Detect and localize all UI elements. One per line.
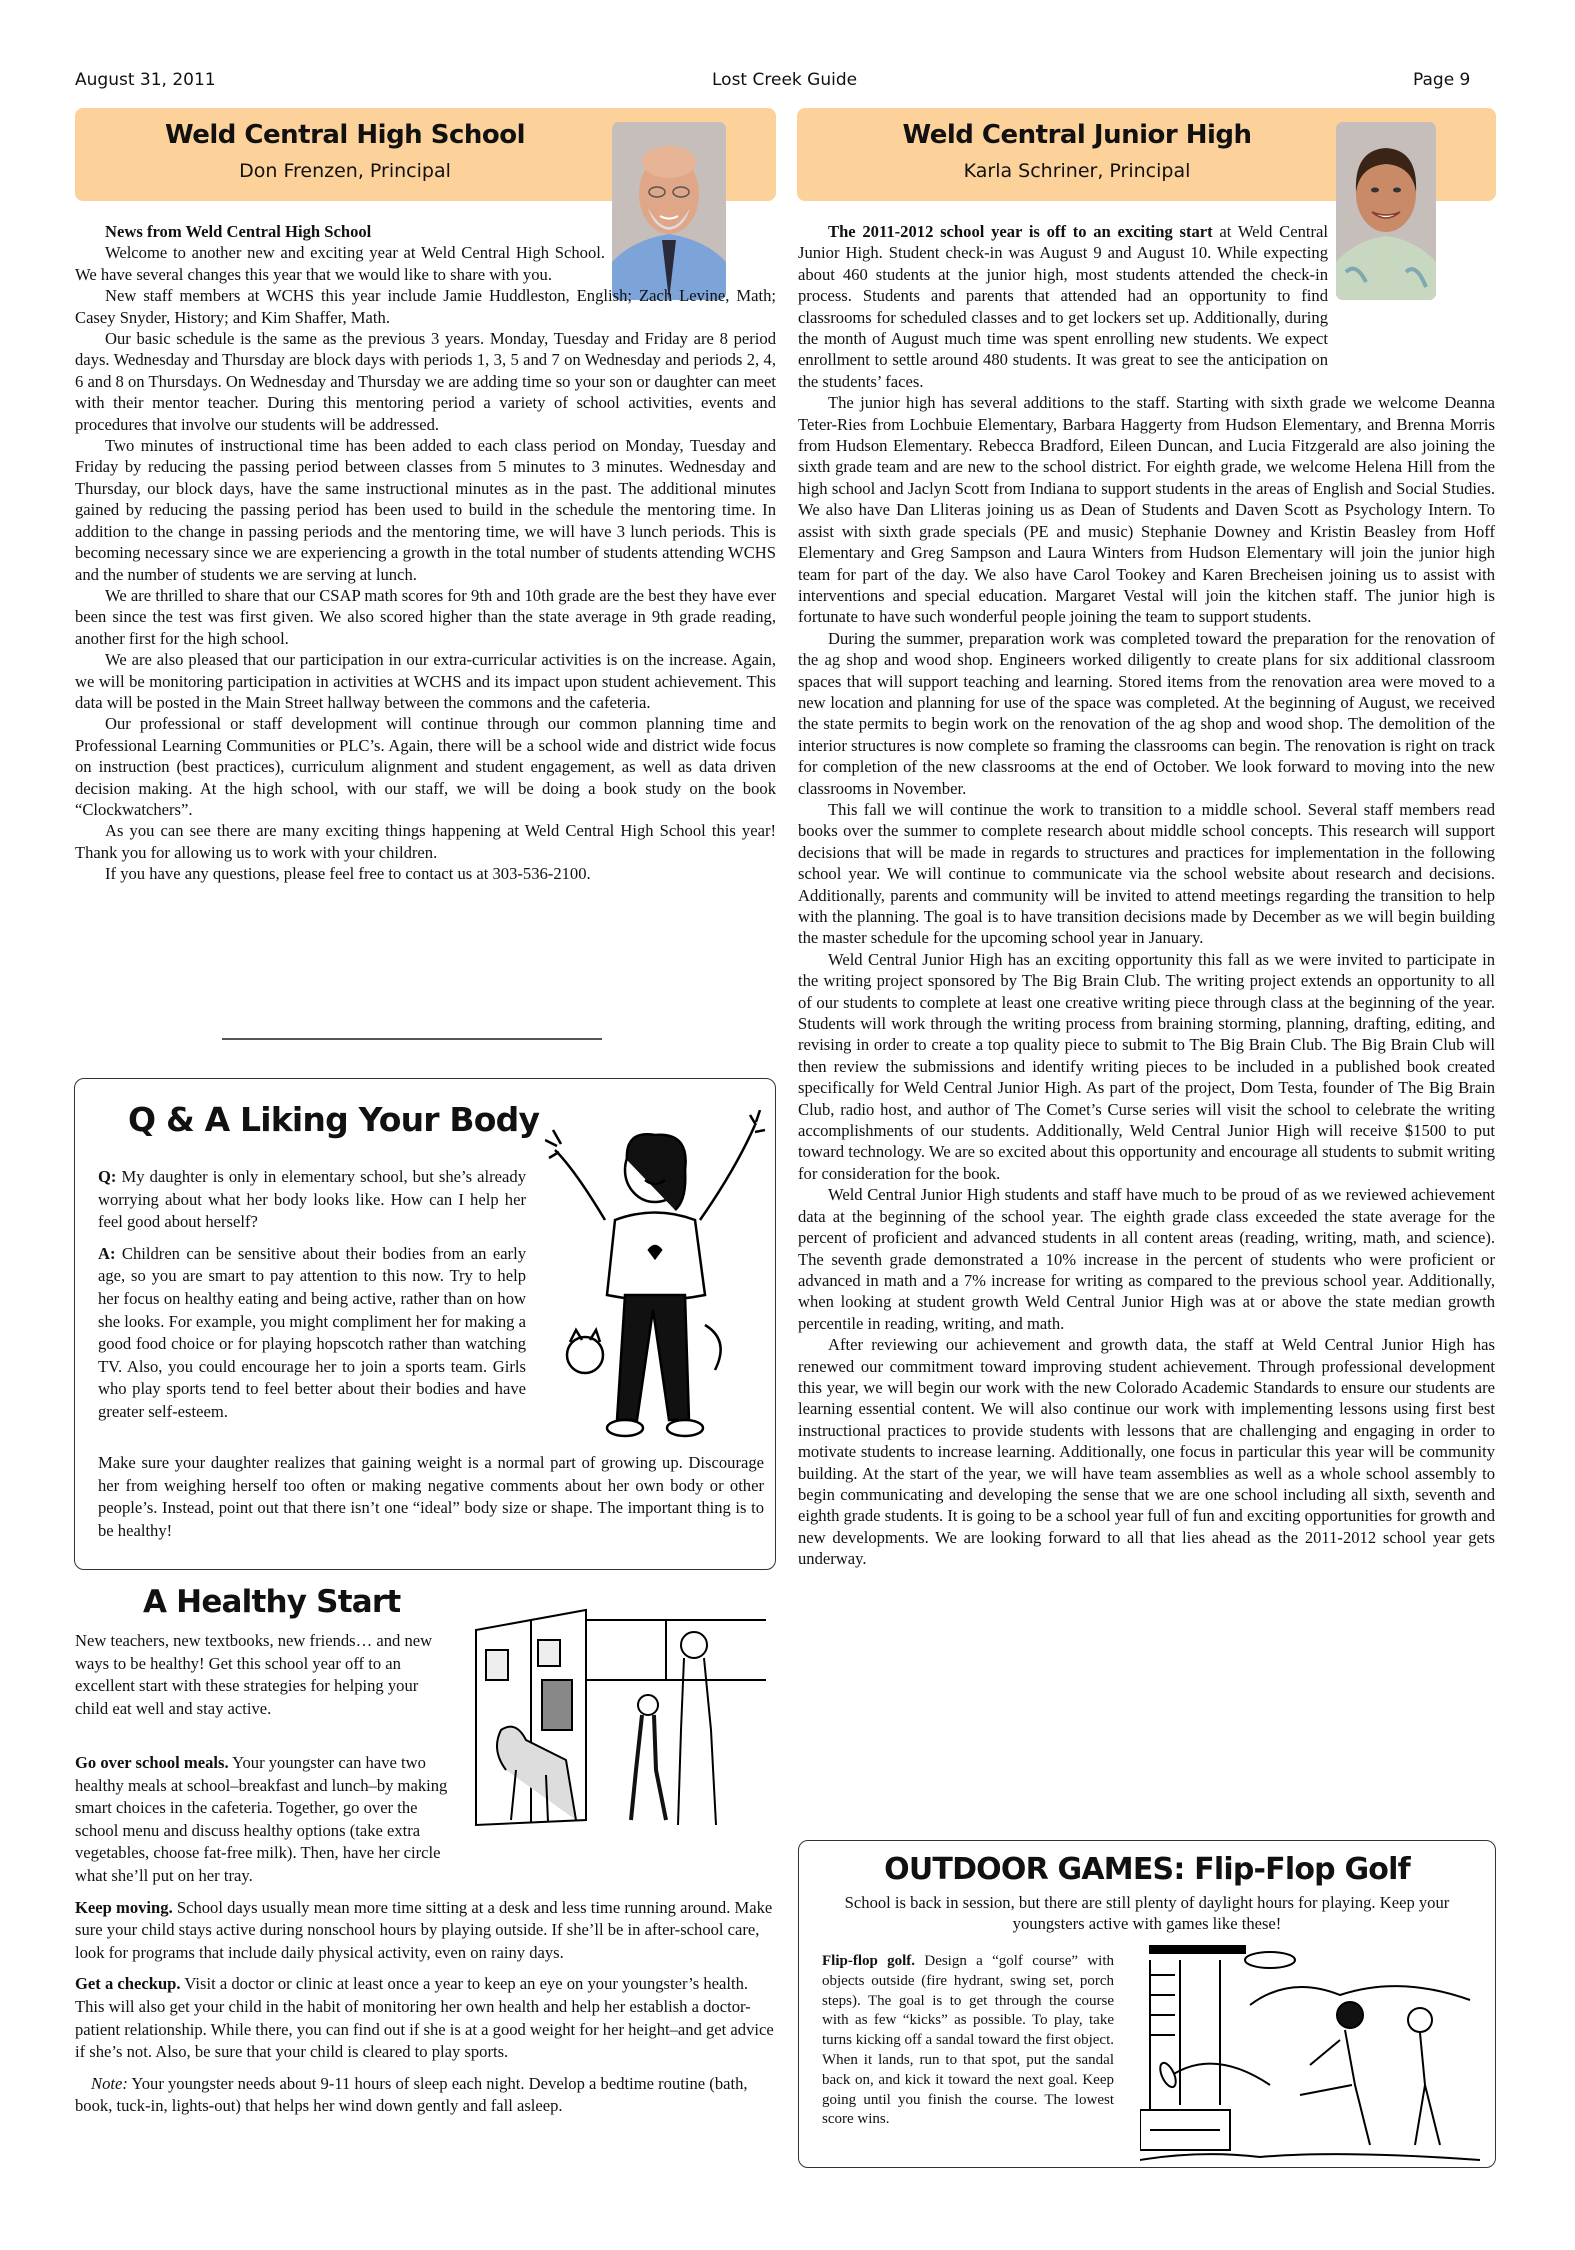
issue-date: August 31, 2011 bbox=[75, 70, 216, 90]
family-fridge-dog-icon bbox=[466, 1600, 776, 1832]
outdoor-games-subtitle: School is back in session, but there are… bbox=[808, 1892, 1486, 1934]
high-school-article: News from Weld Central High School Welco… bbox=[75, 221, 776, 885]
hs-paragraph: Our basic schedule is the same as the pr… bbox=[75, 328, 776, 435]
jh-lead-paragraph: The 2011-2012 school year is off to an e… bbox=[798, 221, 1328, 392]
section-divider bbox=[222, 1038, 602, 1040]
jh-paragraph: The junior high has several additions to… bbox=[798, 392, 1495, 627]
tip-text: School days usually mean more time sitti… bbox=[75, 1898, 772, 1962]
high-school-headline: News from Weld Central High School bbox=[105, 222, 371, 241]
game-text: Design a “golf course” with objects outs… bbox=[822, 1953, 1114, 2127]
tip-heading: Keep moving. bbox=[75, 1898, 173, 1917]
high-school-principal: Don Frenzen, Principal bbox=[75, 160, 615, 182]
page-number: Page 9 bbox=[1413, 70, 1470, 90]
junior-high-principal: Karla Schriner, Principal bbox=[797, 160, 1357, 182]
a-label: A: bbox=[98, 1244, 116, 1263]
flip-flop-golf-instructions: Flip-flop golf. Design a “golf course” w… bbox=[822, 1952, 1114, 2130]
sleep-note: Note: Your youngster needs about 9-11 ho… bbox=[75, 2073, 780, 2118]
tip-heading: Get a checkup. bbox=[75, 1974, 181, 1993]
healthy-start-title: A Healthy Start bbox=[143, 1584, 400, 1620]
tip-text: Your youngster can have two healthy meal… bbox=[75, 1753, 447, 1885]
outdoor-games-title: OUTDOOR GAMES: Flip-Flop Golf bbox=[798, 1852, 1496, 1887]
jh-paragraph: Weld Central Junior High has an exciting… bbox=[798, 949, 1495, 1184]
hs-paragraph: If you have any questions, please feel f… bbox=[75, 863, 776, 884]
tip-keep-moving: Keep moving. School days usually mean mo… bbox=[75, 1897, 780, 1965]
a-text: Children can be sensitive about their bo… bbox=[98, 1244, 526, 1421]
game-name: Flip-flop golf. bbox=[822, 1953, 915, 1969]
girl-arms-raised-icon bbox=[545, 1110, 770, 1440]
girl-illustration bbox=[545, 1110, 770, 1440]
jh-lead-bold: The 2011-2012 school year is off to an e… bbox=[828, 222, 1213, 241]
qa-closing: Make sure your daughter realizes that ga… bbox=[98, 1452, 764, 1542]
high-school-title: Weld Central High School bbox=[75, 120, 615, 150]
hs-paragraph: Our professional or staff development wi… bbox=[75, 713, 776, 820]
junior-high-title: Weld Central Junior High bbox=[797, 120, 1357, 150]
hs-paragraph: We are thrilled to share that our CSAP m… bbox=[75, 585, 776, 649]
hs-paragraph: We are also pleased that our participati… bbox=[75, 649, 776, 713]
jh-paragraph: Weld Central Junior High students and st… bbox=[798, 1184, 1495, 1334]
healthy-start-intro: New teachers, new textbooks, new friends… bbox=[75, 1630, 455, 1720]
refrigerator-illustration bbox=[466, 1600, 776, 1832]
kids-kicking-sandal-icon bbox=[1140, 1945, 1490, 2165]
hs-paragraph: As you can see there are many exciting t… bbox=[75, 820, 776, 863]
jh-paragraph: This fall we will continue the work to t… bbox=[798, 799, 1495, 949]
hs-paragraph: Two minutes of instructional time has be… bbox=[75, 435, 776, 585]
hs-paragraph: Welcome to another new and exciting year… bbox=[75, 242, 605, 285]
publication-name: Lost Creek Guide bbox=[712, 70, 857, 90]
flip-flop-golf-illustration bbox=[1140, 1945, 1490, 2165]
tip-checkup: Get a checkup. Visit a doctor or clinic … bbox=[75, 1973, 780, 2063]
note-text: Your youngster needs about 9-11 hours of… bbox=[75, 2074, 748, 2116]
junior-high-article: The 2011-2012 school year is off to an e… bbox=[798, 221, 1495, 1570]
qa-title: Q & A Liking Your Body bbox=[128, 1100, 539, 1139]
note-label: Note: bbox=[91, 2074, 128, 2093]
hs-paragraph: New staff members at WCHS this year incl… bbox=[75, 285, 776, 328]
q-text: My daughter is only in elementary school… bbox=[98, 1167, 526, 1231]
jh-paragraph: After reviewing our achievement and grow… bbox=[798, 1334, 1495, 1569]
q-label: Q: bbox=[98, 1167, 116, 1186]
tip-heading: Go over school meals. bbox=[75, 1753, 229, 1772]
jh-paragraph: During the summer, preparation work was … bbox=[798, 628, 1495, 799]
tip-text: Visit a doctor or clinic at least once a… bbox=[75, 1974, 774, 2061]
qa-question-answer: Q: My daughter is only in elementary sch… bbox=[98, 1166, 526, 1424]
jh-lead-text: at Weld Central Junior High. Student che… bbox=[798, 222, 1328, 391]
